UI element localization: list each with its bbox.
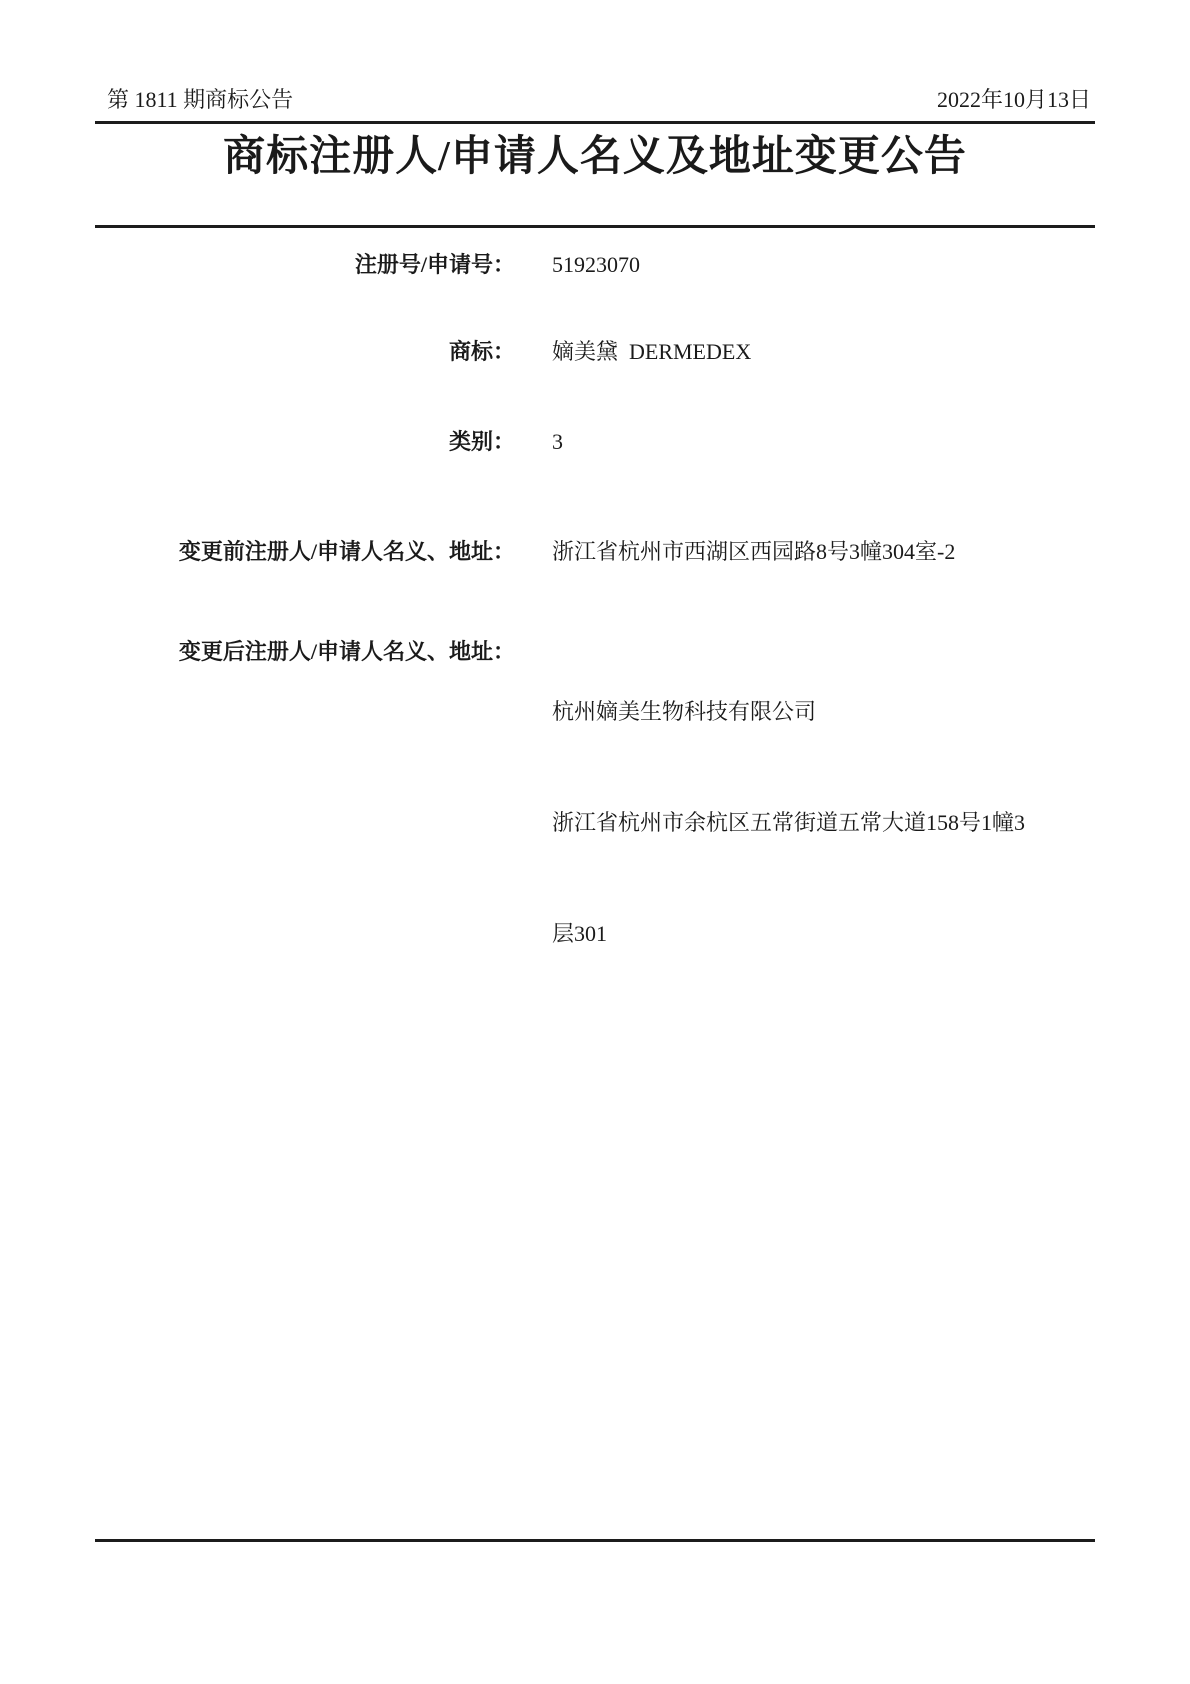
- class-label: 类别：: [95, 427, 515, 457]
- before-change-value: 浙江省杭州市西湖区西园路8号3幢304室-2: [552, 537, 1095, 567]
- field-row-class: 类别： 3: [95, 427, 1095, 457]
- header-divider: [95, 121, 1095, 124]
- registration-number-label: 注册号/申请号：: [95, 250, 515, 280]
- after-change-value: 杭州嫡美生物科技有限公司 浙江省杭州市余杭区五常街道五常大道158号1幢3 层3…: [552, 637, 1095, 1030]
- field-row-after-change: 变更后注册人/申请人名义、地址： 杭州嫡美生物科技有限公司 浙江省杭州市余杭区五…: [95, 637, 1095, 1030]
- gazette-date: 2022年10月13日: [937, 86, 1091, 114]
- gazette-page: 第 1811 期商标公告 2022年10月13日 商标注册人/申请人名义及地址变…: [0, 0, 1190, 1684]
- page-title: 商标注册人/申请人名义及地址变更公告: [95, 133, 1095, 181]
- after-change-label: 变更后注册人/申请人名义、地址：: [95, 637, 515, 667]
- after-change-company: 杭州嫡美生物科技有限公司: [552, 697, 1095, 727]
- class-value: 3: [552, 427, 1095, 457]
- page-header: 第 1811 期商标公告 2022年10月13日: [95, 86, 1095, 114]
- trademark-label: 商标：: [95, 337, 515, 367]
- after-change-address-line2: 层301: [552, 919, 1095, 949]
- field-row-trademark: 商标： 嫡美黛 DERMEDEX: [95, 337, 1095, 367]
- fields-section: 注册号/申请号： 51923070 商标： 嫡美黛 DERMEDEX 类别： 3…: [95, 250, 1095, 1030]
- before-change-label: 变更前注册人/申请人名义、地址：: [95, 537, 515, 567]
- footer-divider: [95, 1539, 1095, 1542]
- field-row-before-change: 变更前注册人/申请人名义、地址： 浙江省杭州市西湖区西园路8号3幢304室-2: [95, 537, 1095, 567]
- gazette-issue-number: 第 1811 期商标公告: [107, 86, 293, 114]
- field-row-registration-number: 注册号/申请号： 51923070: [95, 250, 1095, 280]
- title-divider: [95, 225, 1095, 228]
- registration-number-value: 51923070: [552, 250, 1095, 280]
- trademark-value: 嫡美黛 DERMEDEX: [552, 337, 1095, 367]
- after-change-address-line1: 浙江省杭州市余杭区五常街道五常大道158号1幢3: [552, 808, 1095, 838]
